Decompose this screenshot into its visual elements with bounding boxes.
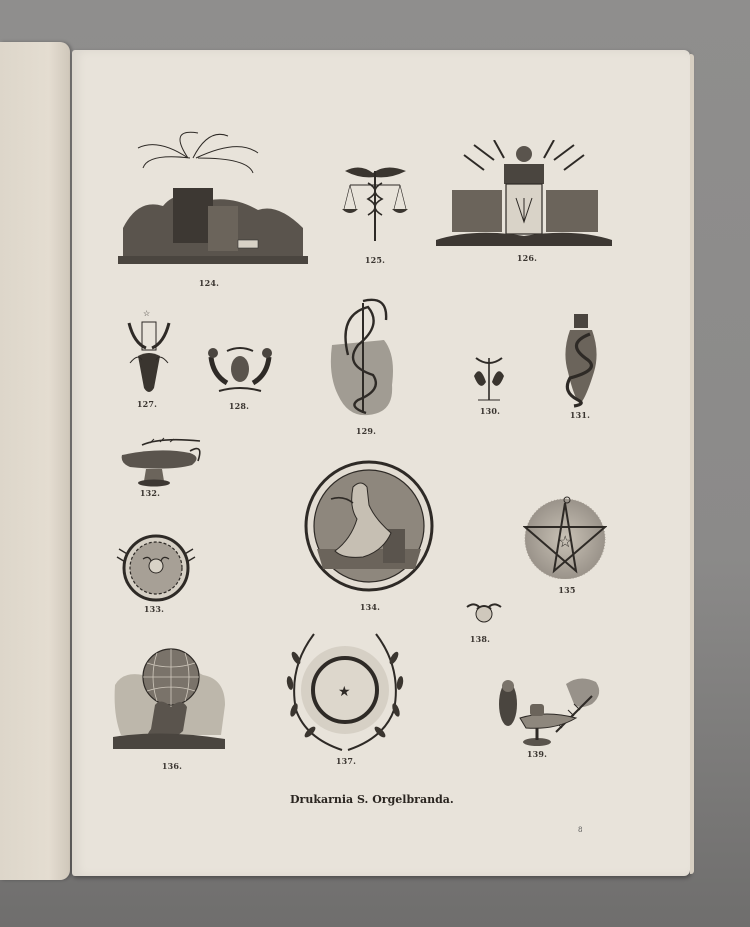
figure-label-130: 130. — [480, 406, 500, 416]
figure-label-138: 138. — [470, 634, 490, 644]
figure-label-136: 136. — [162, 761, 182, 771]
engraving-125-caduceus-scales — [340, 163, 410, 245]
engraving-138-mercury-head — [465, 601, 503, 627]
engraving-126-trophy — [434, 140, 614, 250]
figure-label-132: 132. — [140, 488, 160, 498]
engraving-129-serpents-staff — [328, 295, 398, 420]
engraving-128-mask-cornucopias — [207, 345, 273, 397]
figure-label-135: 135 — [558, 585, 575, 595]
svg-text:☆: ☆ — [558, 532, 572, 551]
page-edge — [690, 54, 694, 874]
engraving-124-river-god — [118, 128, 308, 270]
printer-imprint: Drukarnia S. Orgelbranda. — [290, 793, 454, 806]
figure-label-125: 125. — [365, 255, 385, 265]
left-page-edge — [0, 42, 70, 880]
engraving-135-pentagram: ☆ — [523, 495, 607, 579]
engraving-132-oil-lamp-olive — [120, 437, 204, 489]
engraving-139-owl-lamp — [496, 674, 606, 748]
figure-label-131: 131. — [570, 410, 590, 420]
figure-label-128: 128. — [229, 401, 249, 411]
figure-label-137: 137. — [336, 756, 356, 766]
svg-text:☆: ☆ — [143, 309, 150, 318]
figure-label-127: 127. — [137, 399, 157, 409]
engraving-130-small-caduceus — [470, 352, 508, 404]
figure-label-139: 139. — [527, 749, 547, 759]
engraving-127-laurel-emblem: ☆ — [124, 308, 174, 396]
page-mark: 8 — [578, 826, 582, 834]
svg-text:★: ★ — [338, 684, 351, 700]
engraving-133-medusa-medallion — [115, 533, 197, 603]
figure-label-129: 129. — [356, 426, 376, 436]
figure-label-126: 126. — [517, 253, 537, 263]
engraving-134-goddess-medallion — [303, 459, 435, 593]
engraving-131-flask-serpent — [560, 312, 602, 408]
figure-label-124: 124. — [199, 278, 219, 288]
figure-label-134: 134. — [360, 602, 380, 612]
engraving-136-atlas-globe — [113, 645, 228, 757]
figure-label-133: 133. — [144, 604, 164, 614]
engraving-137-ouroboros-wreath: ★ — [282, 628, 408, 758]
